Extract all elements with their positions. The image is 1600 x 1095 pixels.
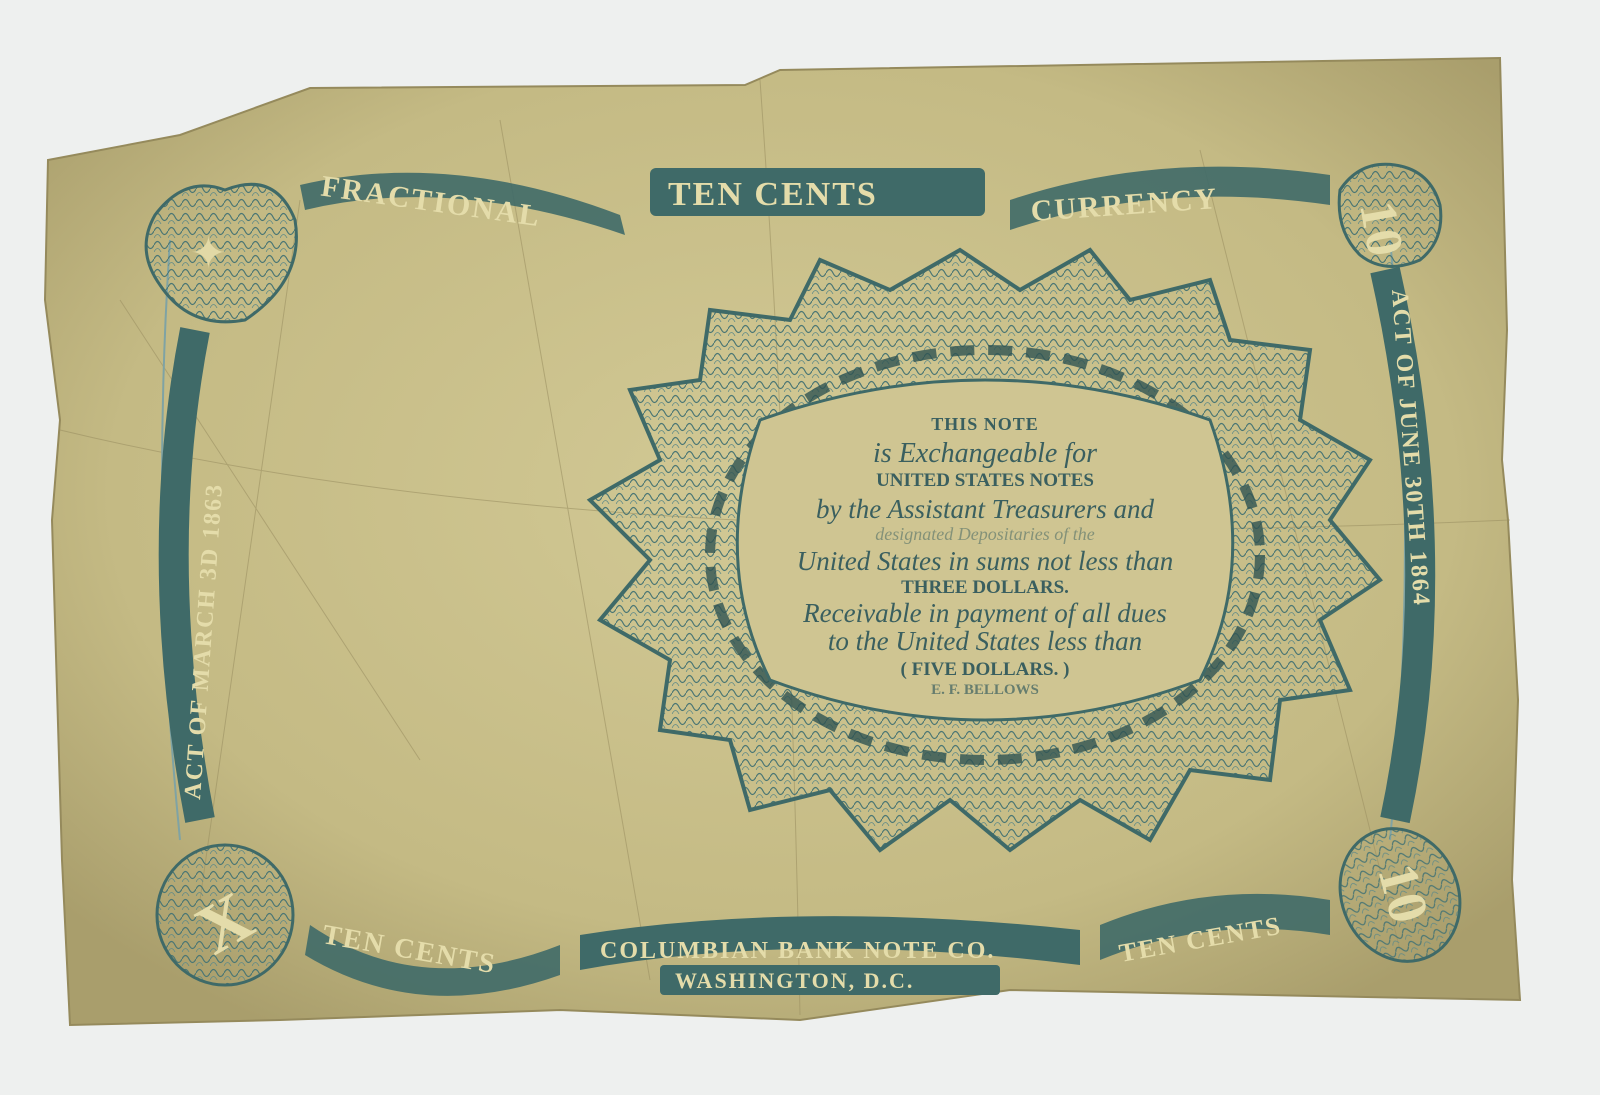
corner-top-right: 10 bbox=[1339, 164, 1441, 266]
svg-text:10: 10 bbox=[1348, 197, 1414, 262]
svg-text:designated Depositaries of the: designated Depositaries of the bbox=[875, 524, 1094, 544]
svg-text:Receivable in payment of all d: Receivable in payment of all dues bbox=[802, 598, 1167, 628]
svg-text:United States in sums not less: United States in sums not less than bbox=[797, 546, 1174, 576]
svg-text:by the Assistant Treasurers an: by the Assistant Treasurers and bbox=[816, 494, 1155, 524]
svg-text:WASHINGTON, D.C.: WASHINGTON, D.C. bbox=[675, 968, 914, 993]
engraver-name: COLUMBIAN BANK NOTE CO. bbox=[600, 938, 995, 964]
svg-text:is Exchangeable for: is Exchangeable for bbox=[873, 438, 1097, 469]
svg-text:( FIVE DOLLARS. ): ( FIVE DOLLARS. ) bbox=[901, 659, 1070, 680]
svg-text:E. F. BELLOWS: E. F. BELLOWS bbox=[931, 682, 1039, 698]
svg-text:THIS NOTE: THIS NOTE bbox=[931, 414, 1039, 434]
svg-text:THREE DOLLARS.: THREE DOLLARS. bbox=[901, 577, 1069, 598]
svg-text:UNITED STATES NOTES: UNITED STATES NOTES bbox=[876, 470, 1094, 491]
corner-bottom-left: X bbox=[157, 845, 293, 985]
svg-text:to the United States less than: to the United States less than bbox=[828, 626, 1142, 656]
banner-ten-cents-top: TEN CENTS bbox=[668, 176, 878, 213]
banknote: FRACTIONAL TEN CENTS CURRENCY ACT OF MAR… bbox=[0, 0, 1600, 1095]
eagle-icon: ✦ bbox=[190, 229, 227, 278]
